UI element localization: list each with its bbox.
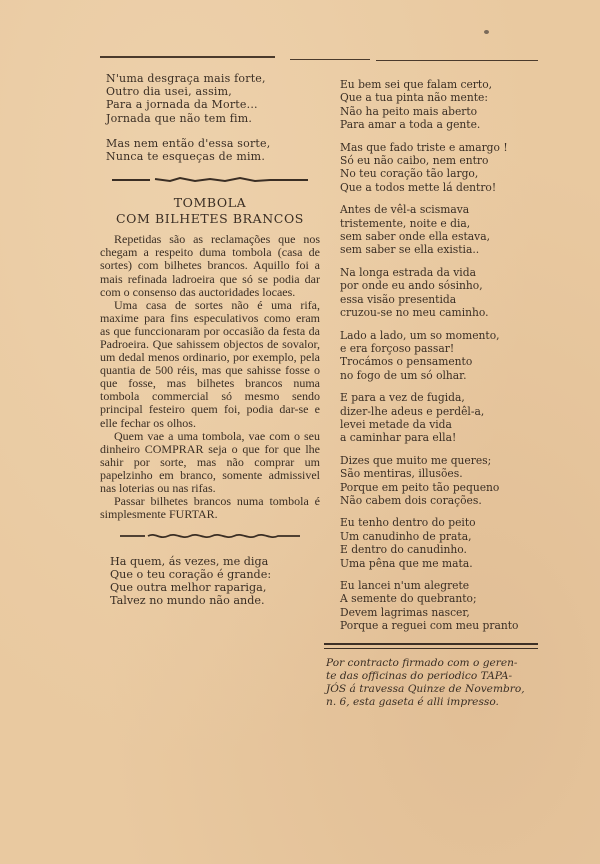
- poem-stanza: Lado a lado, um so momento, e era forços…: [340, 329, 540, 383]
- poem-line: essa visão presentida: [340, 293, 540, 306]
- poem-line: Que a todos mette lá dentro!: [340, 181, 540, 194]
- poem-stanza: Eu tenho dentro do peito Um canudinho de…: [340, 516, 540, 570]
- ornament-scroll-icon: [110, 531, 310, 541]
- poem-line: E para a vez de fugida,: [340, 391, 540, 404]
- poem-line: Na longa estrada da vida: [340, 266, 540, 279]
- poem-line: Eu tenho dentro do peito: [340, 516, 540, 529]
- poem-line: Um canudinho de prata,: [340, 530, 540, 543]
- poem-stanza: Mas que fado triste e amargo ! Só eu não…: [340, 141, 540, 195]
- poem-line: sem saber onde ella estava,: [340, 230, 540, 243]
- left-column: N'uma desgraça mais forte, Outro dia use…: [100, 72, 320, 607]
- poem-line: sem saber se ella existia..: [340, 243, 540, 256]
- poem-line: Que a tua pinta não mente:: [340, 91, 540, 104]
- poem-line: dizer-lhe adeus e perdêl-a,: [340, 405, 540, 418]
- imprint-line: te das officinas do periodico TAPA-: [326, 670, 538, 683]
- top-rule-right: [376, 60, 538, 61]
- imprint-rule: [324, 643, 538, 649]
- poem-line: Antes de vêl-a scismava: [340, 203, 540, 216]
- poem-line: Mas nem então d'essa sorte,: [106, 137, 320, 150]
- poem-line: Uma pêna que me mata.: [340, 557, 540, 570]
- poem-line: e era forçoso passar!: [340, 342, 540, 355]
- article-subtitle: COM BILHETES BRANCOS: [100, 211, 320, 227]
- poem-line: por onde eu ando sósinho,: [340, 279, 540, 292]
- poem-line: Outro dia usei, assim,: [106, 85, 320, 98]
- top-rule-left: [100, 56, 275, 58]
- poem-line: Nunca te esqueças de mim.: [106, 150, 320, 163]
- poem-line: São mentiras, illusões.: [340, 467, 540, 480]
- imprint-line: JÓS á travessa Quinze de Novembro,: [326, 683, 538, 696]
- poem-line: Eu bem sei que falam certo,: [340, 78, 540, 91]
- poem-line: Que outra melhor rapariga,: [110, 581, 320, 594]
- article-tombola: TOMBOLA COM BILHETES BRANCOS Repetidas s…: [100, 195, 320, 521]
- poem-line: Trocámos o pensamento: [340, 355, 540, 368]
- poem-line: Porque a reguei com meu pranto: [340, 619, 540, 632]
- newspaper-page: N'uma desgraça mais forte, Outro dia use…: [0, 0, 600, 864]
- poem-line: cruzou-se no meu caminho.: [340, 306, 540, 319]
- poem-line: levei metade da vida: [340, 418, 540, 431]
- right-column: Eu bem sei que falam certo, Que a tua pi…: [340, 78, 540, 709]
- article-paragraph: Uma casa de sortes não é uma rifa, maxim…: [100, 299, 320, 430]
- poem-line: Dizes que muito me queres;: [340, 454, 540, 467]
- poem-stanza: Ha quem, ás vezes, me diga Que o teu cor…: [100, 555, 320, 607]
- article-title: TOMBOLA: [100, 195, 320, 211]
- top-rule-middle: [290, 59, 370, 60]
- poem-stanza: Eu bem sei que falam certo, Que a tua pi…: [340, 78, 540, 132]
- article-paragraph: Quem vae a uma tombola, vae com o seu di…: [100, 430, 320, 495]
- imprint-line: n. 6, esta gaseta é alli impresso.: [326, 696, 538, 709]
- poem-line: Para amar a toda a gente.: [340, 118, 540, 131]
- poem-line: no fogo de um só olhar.: [340, 369, 540, 382]
- poem-stanza: Dizes que muito me queres; São mentiras,…: [340, 454, 540, 508]
- poem-line: Talvez no mundo não ande.: [110, 594, 320, 607]
- poem-line: Para a jornada da Morte...: [106, 98, 320, 111]
- poem-stanza: E para a vez de fugida, dizer-lhe adeus …: [340, 391, 540, 445]
- imprint-notice: Por contracto firmado com o geren- te da…: [326, 657, 538, 710]
- poem-stanza: N'uma desgraça mais forte, Outro dia use…: [100, 72, 320, 125]
- poem-line: Ha quem, ás vezes, me diga: [110, 555, 320, 568]
- paper-speck: [484, 30, 489, 34]
- article-paragraph: Repetidas são as reclamações que nos che…: [100, 233, 320, 298]
- poem-line: N'uma desgraça mais forte,: [106, 72, 320, 85]
- poem-line: Eu lancei n'um alegrete: [340, 579, 540, 592]
- poem-stanza: Mas nem então d'essa sorte, Nunca te esq…: [100, 137, 320, 163]
- poem-line: Que o teu coração é grande:: [110, 568, 320, 581]
- poem-line: E dentro do canudinho.: [340, 543, 540, 556]
- poem-stanza: Na longa estrada da vida por onde eu and…: [340, 266, 540, 320]
- poem-line: A semente do quebranto;: [340, 592, 540, 605]
- poem-line: No teu coração tão largo,: [340, 167, 540, 180]
- poem-line: Jornada que não tem fim.: [106, 112, 320, 125]
- poem-line: tristemente, noite e dia,: [340, 217, 540, 230]
- poem-line: Só eu não caibo, nem entro: [340, 154, 540, 167]
- poem-stanza: Eu lancei n'um alegrete A semente do que…: [340, 579, 540, 633]
- poem-line: Lado a lado, um so momento,: [340, 329, 540, 342]
- ornament-divider-icon: [110, 175, 310, 185]
- poem-line: Não cabem dois corações.: [340, 494, 540, 507]
- poem-line: Devem lagrimas nascer,: [340, 606, 540, 619]
- poem-line: Mas que fado triste e amargo !: [340, 141, 540, 154]
- poem-line: Não ha peito mais aberto: [340, 105, 540, 118]
- poem-line: a caminhar para ella!: [340, 431, 540, 444]
- imprint-line: Por contracto firmado com o geren-: [326, 657, 538, 670]
- article-paragraph: Passar bilhetes brancos numa tombola é s…: [100, 495, 320, 521]
- poem-line: Porque em peito tão pequeno: [340, 481, 540, 494]
- poem-stanza: Antes de vêl-a scismava tristemente, noi…: [340, 203, 540, 257]
